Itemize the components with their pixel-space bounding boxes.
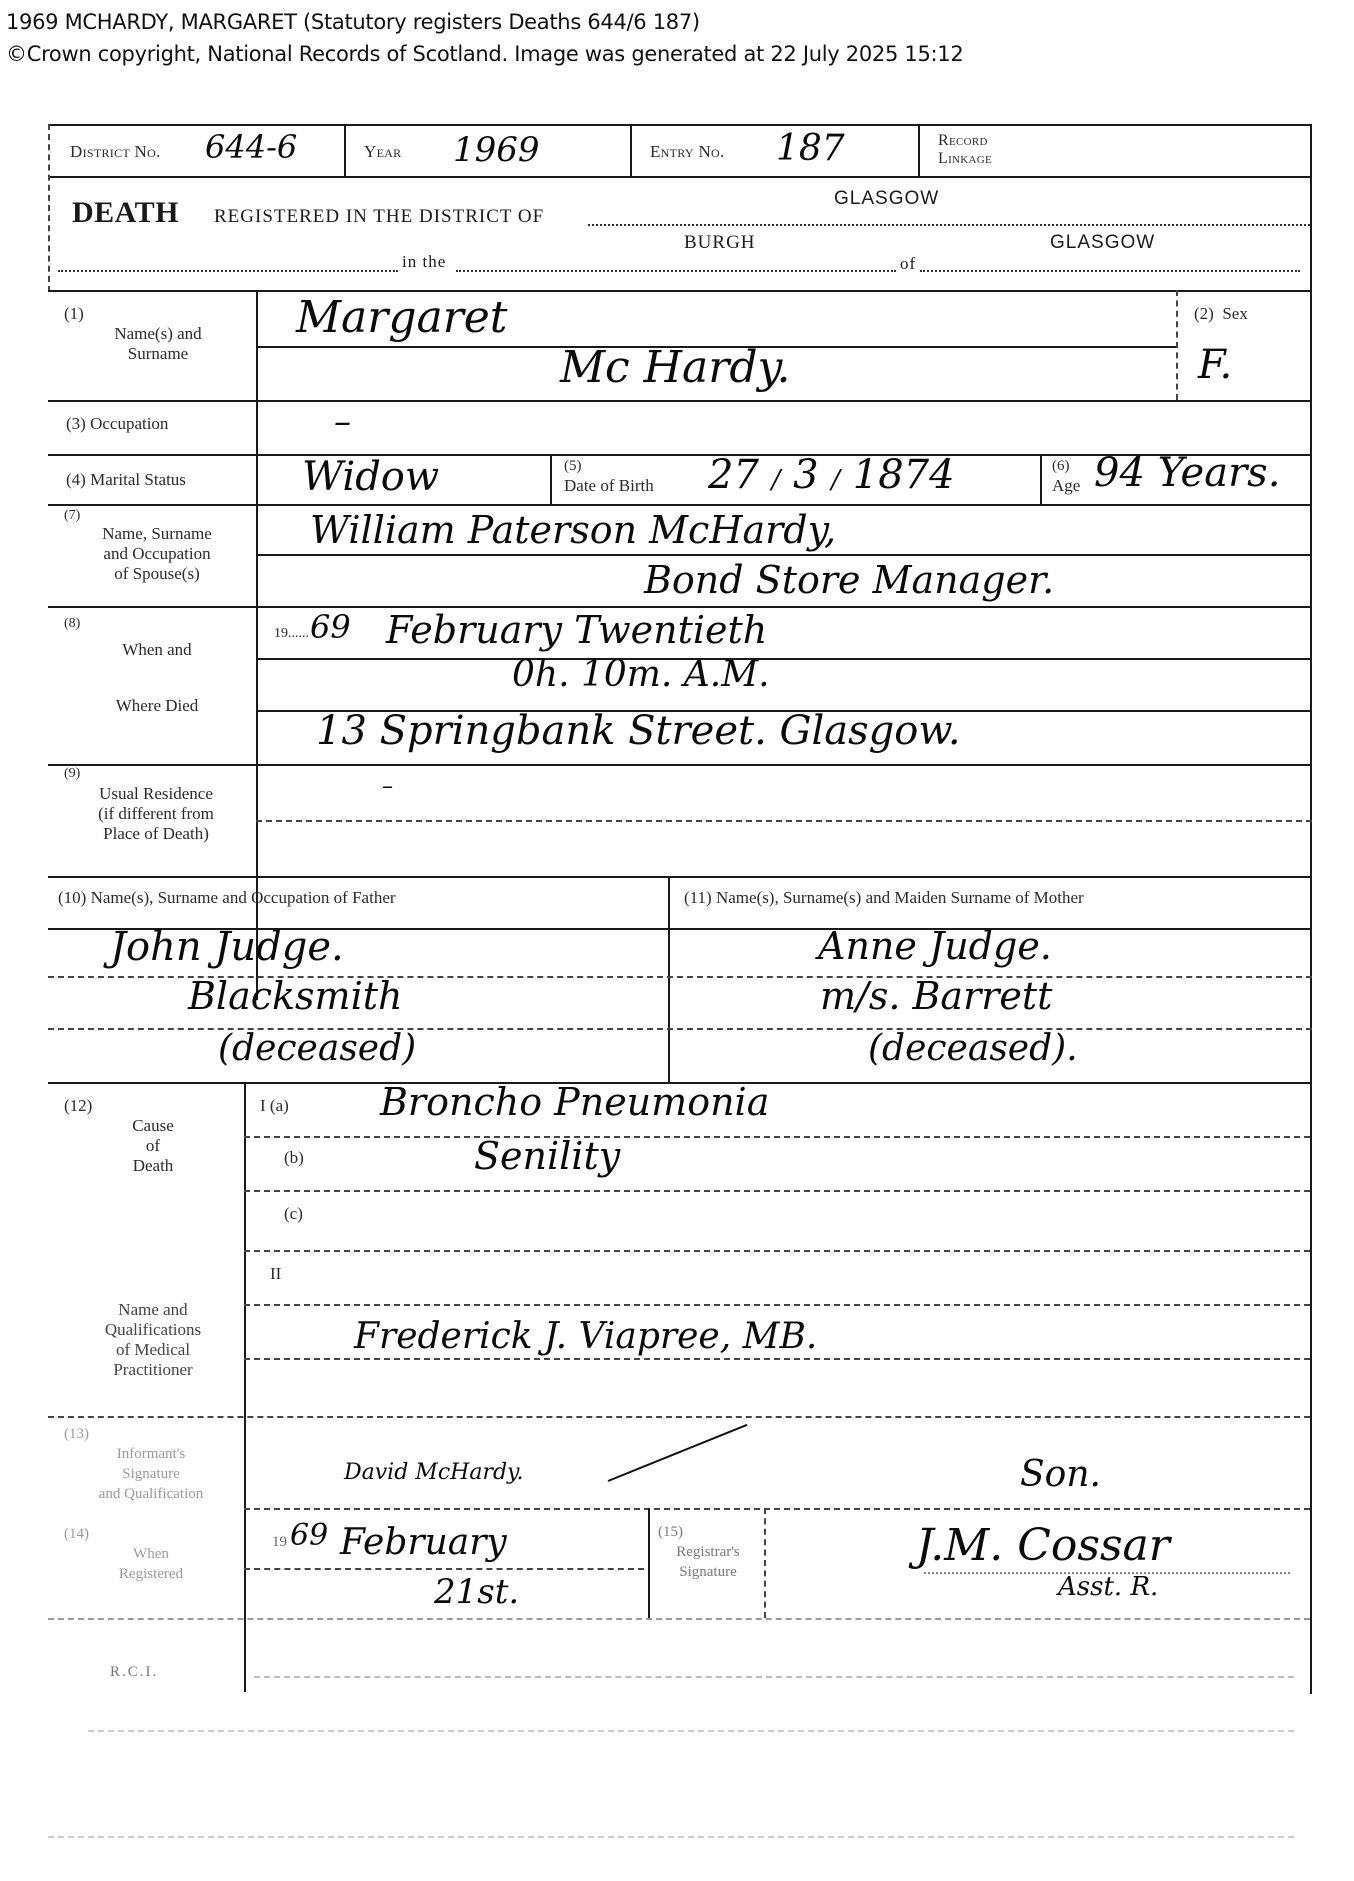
year-label: Year bbox=[364, 142, 401, 162]
cause-ib-value: Senility bbox=[474, 1134, 620, 1178]
cause-ia-label: I (a) bbox=[260, 1096, 289, 1116]
registered-year-value: 69 bbox=[290, 1518, 328, 1553]
cause-ic-label: (c) bbox=[284, 1204, 303, 1224]
rule bbox=[48, 504, 1312, 506]
rule bbox=[244, 1358, 1310, 1360]
rule bbox=[550, 454, 552, 506]
residence-num: (9) bbox=[64, 764, 80, 784]
cause-num: (12) bbox=[64, 1096, 92, 1116]
rule bbox=[244, 1304, 1310, 1306]
spouse-num: (7) bbox=[64, 506, 80, 526]
burgh-value: BURGH bbox=[684, 232, 756, 254]
rule bbox=[1310, 124, 1312, 284]
father-occupation-value: Blacksmith bbox=[188, 974, 402, 1018]
rule bbox=[244, 1082, 246, 1692]
informant-signature: David McHardy. bbox=[344, 1460, 524, 1485]
forename-value: Margaret bbox=[296, 292, 507, 343]
rci-label: R.C.I. bbox=[110, 1662, 158, 1682]
signature-stroke bbox=[608, 1424, 748, 1482]
death-year-value: 69 bbox=[310, 608, 351, 646]
rule bbox=[48, 876, 1312, 878]
rule bbox=[256, 658, 1312, 660]
when-where-label-1: When and bbox=[62, 640, 252, 660]
name-num: (1) bbox=[64, 304, 84, 324]
age-value: 94 Years. bbox=[1094, 450, 1280, 496]
marital-status-label: (4) Marital Status bbox=[66, 470, 186, 490]
rule bbox=[48, 290, 1312, 292]
entry-no-label: Entry No. bbox=[650, 142, 725, 162]
registrar-label: (15) Registrar's Signature bbox=[658, 1522, 758, 1582]
dotted-line bbox=[920, 270, 1300, 272]
residence-label: Usual Residence (if different from Place… bbox=[58, 784, 254, 844]
rule bbox=[256, 820, 1312, 822]
mother-status-value: (deceased). bbox=[868, 1028, 1078, 1069]
sex-label: (2) Sex bbox=[1194, 304, 1248, 324]
when-where-num: (8) bbox=[64, 614, 80, 634]
death-time-value: 0h. 10m. A.M. bbox=[512, 654, 770, 695]
rule bbox=[918, 126, 920, 176]
cause-ii-label: II bbox=[270, 1264, 281, 1284]
rule bbox=[256, 554, 1312, 556]
dotted-line bbox=[58, 270, 398, 272]
rule bbox=[48, 176, 1312, 178]
age-label: Age bbox=[1052, 476, 1080, 496]
rule bbox=[48, 124, 1312, 126]
registered-date-line-1: February bbox=[340, 1522, 507, 1563]
informant-label: (13) Informant's Signature and Qualifica… bbox=[64, 1424, 238, 1504]
rule bbox=[344, 126, 346, 176]
registered-label: (14) When Registered bbox=[64, 1524, 238, 1584]
district-value: GLASGOW bbox=[834, 188, 939, 210]
record-title: 1969 MCHARDY, MARGARET (Statutory regist… bbox=[6, 10, 700, 34]
rule bbox=[1040, 454, 1042, 506]
father-name-value: John Judge. bbox=[110, 924, 344, 970]
dob-label: Date of Birth bbox=[564, 476, 654, 496]
practitioner-label: Name and Qualifications of Medical Pract… bbox=[68, 1300, 238, 1380]
rule bbox=[48, 1416, 1310, 1418]
dotted-line bbox=[588, 224, 1310, 226]
when-where-label-2: Where Died bbox=[62, 696, 252, 716]
rule bbox=[88, 1730, 1294, 1732]
rule bbox=[668, 876, 670, 1082]
rule bbox=[1176, 290, 1178, 400]
father-status-value: (deceased) bbox=[218, 1028, 416, 1069]
rule bbox=[48, 1836, 1294, 1838]
rule bbox=[48, 400, 1312, 402]
dob-value: 27 / 3 / 1874 bbox=[708, 452, 955, 498]
rule bbox=[244, 1190, 1310, 1192]
record-linkage-label: Record Linkage bbox=[938, 132, 992, 168]
name-label: Name(s) and Surname bbox=[68, 324, 248, 364]
spouse-label: Name, Surname and Occupation of Spouse(s… bbox=[62, 524, 252, 584]
registrar-signature: J.M. Cossar bbox=[916, 1520, 1170, 1571]
year-value: 1969 bbox=[453, 130, 540, 170]
copyright-notice: ©Crown copyright, National Records of Sc… bbox=[6, 42, 963, 66]
death-date-value: February Twentieth bbox=[386, 608, 767, 652]
rule bbox=[764, 1508, 766, 1618]
rule bbox=[48, 764, 1312, 766]
district-no-label: District No. bbox=[70, 142, 161, 162]
mother-maiden-value: m/s. Barrett bbox=[820, 974, 1052, 1018]
surname-value: Mc Hardy. bbox=[560, 342, 790, 393]
dotted-line bbox=[456, 270, 896, 272]
father-label: (10) Name(s), Surname and Occupation of … bbox=[58, 888, 396, 908]
rule bbox=[254, 1676, 1294, 1678]
rule bbox=[48, 124, 50, 292]
occupation-value: – bbox=[334, 402, 351, 442]
spouse-name-value: William Paterson McHardy, bbox=[310, 508, 836, 552]
cause-ib-label: (b) bbox=[284, 1148, 304, 1168]
rule bbox=[244, 1250, 1310, 1252]
death-heading: DEATH bbox=[72, 196, 179, 230]
of-value: GLASGOW bbox=[1050, 232, 1155, 254]
registrar-title: Asst. R. bbox=[1058, 1572, 1158, 1602]
dob-num: (5) bbox=[564, 456, 582, 476]
death-place-value: 13 Springbank Street. Glasgow. bbox=[316, 708, 961, 754]
mother-name-value: Anne Judge. bbox=[818, 924, 1052, 968]
entry-no-value: 187 bbox=[776, 128, 845, 169]
spouse-occupation-value: Bond Store Manager. bbox=[644, 558, 1054, 602]
informant-qualification: Son. bbox=[1020, 1454, 1101, 1495]
rule bbox=[648, 1508, 650, 1618]
rule bbox=[1310, 284, 1312, 1694]
in-the-label: in the bbox=[402, 252, 446, 272]
occupation-label: (3) Occupation bbox=[66, 414, 168, 434]
district-no-value: 644-6 bbox=[205, 128, 297, 166]
rule bbox=[48, 1618, 1310, 1620]
sex-value: F. bbox=[1198, 342, 1232, 388]
age-num: (6) bbox=[1052, 456, 1070, 476]
rule bbox=[244, 1136, 1310, 1138]
rule bbox=[630, 126, 632, 176]
cause-ia-value: Broncho Pneumonia bbox=[380, 1080, 769, 1124]
rule bbox=[244, 1568, 644, 1570]
mother-label: (11) Name(s), Surname(s) and Maiden Surn… bbox=[684, 888, 1084, 908]
residence-value: – bbox=[382, 774, 393, 799]
cause-label: Cause of Death bbox=[68, 1116, 238, 1176]
death-certificate: District No. 644-6 Year 1969 Entry No. 1… bbox=[48, 124, 1312, 1854]
practitioner-value: Frederick J. Viapree, MB. bbox=[354, 1316, 817, 1357]
district-of-label: REGISTERED IN THE DISTRICT OF bbox=[214, 206, 544, 228]
marital-status-value: Widow bbox=[302, 454, 439, 500]
rule bbox=[244, 1508, 1310, 1510]
registered-date-line-2: 21st. bbox=[434, 1572, 519, 1612]
death-year-prefix: 19...... bbox=[274, 624, 309, 644]
registered-year-prefix: 19 bbox=[272, 1532, 287, 1552]
of-label: of bbox=[900, 254, 916, 274]
